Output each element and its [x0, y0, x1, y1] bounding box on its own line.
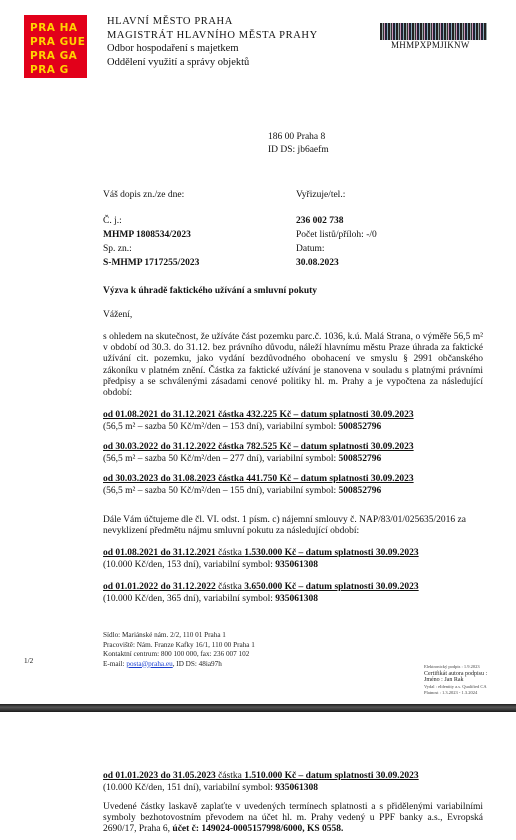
barcode-code: MHMPXPMJIKNW — [391, 40, 470, 50]
file-number-value: S-MHMP 1717255/2023 — [103, 257, 199, 269]
file-number-label: Sp. zn.: — [103, 243, 132, 255]
handled-by-label: Vyřizuje/tel.: — [296, 189, 345, 201]
page-separator — [0, 704, 516, 712]
letterhead-section: Oddělení využití a správy objektů — [107, 56, 318, 70]
barcode — [380, 23, 487, 40]
letterhead-office: MAGISTRÁT HLAVNÍHO MĚSTA PRAHY — [107, 29, 318, 43]
payment-note: Uvedené částky laskavě zaplaťte v uveden… — [103, 802, 483, 836]
salutation: Vážení, — [103, 309, 132, 321]
phone-number: 236 002 738 — [296, 215, 344, 227]
sheet-count: Počet listů/příloh: -/0 — [296, 229, 377, 241]
date-label: Datum: — [296, 243, 325, 255]
footer: Sídlo: Mariánské nám. 2/2, 110 01 Praha … — [103, 631, 255, 669]
subject: Výzva k úhradě faktického užívání a smlu… — [103, 285, 317, 297]
electronic-signature: Elektronický podpis : 1.9.2023 Certifiká… — [424, 664, 487, 697]
your-letter-label: Váš dopis zn./ze dne: — [103, 189, 184, 201]
document-page-2: od 01.01.2023 do 31.05.2023 částka 1.510… — [0, 712, 516, 840]
intro-paragraph: s ohledem na skutečnost, že užíváte část… — [103, 332, 483, 399]
letterhead: HLAVNÍ MĚSTO PRAHA MAGISTRÁT HLAVNÍHO MĚ… — [107, 15, 318, 69]
ref-number-value: MHMP 1808534/2023 — [103, 229, 191, 241]
date-value: 30.08.2023 — [296, 257, 339, 269]
document-page-1: PRA HA PRA GUE PRA GA PRA G HLAVNÍ MĚSTO… — [0, 0, 516, 704]
praha-logo: PRA HA PRA GUE PRA GA PRA G — [24, 15, 87, 78]
page-number: 1/2 — [24, 657, 33, 665]
letterhead-department: Odbor hospodaření s majetkem — [107, 42, 318, 56]
bank-account: účet č: 149024-0005157998/6000, KS 0558. — [172, 824, 343, 834]
letterhead-city: HLAVNÍ MĚSTO PRAHA — [107, 15, 318, 29]
recipient-address: 186 00 Praha 8 — [268, 131, 325, 143]
recipient-id-ds: ID DS: jb6aefm — [268, 144, 329, 156]
penalty-intro: Dále Vám účtujeme dle čl. VI. odst. 1 pí… — [103, 515, 483, 537]
ref-number-label: Č. j.: — [103, 215, 122, 227]
email-link[interactable]: posta@praha.eu — [126, 660, 172, 668]
